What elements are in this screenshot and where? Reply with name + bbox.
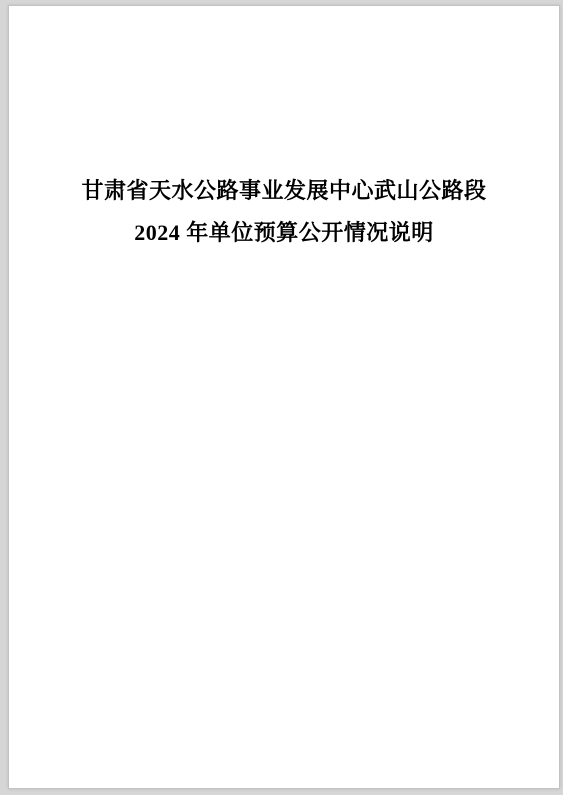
document-title-line-2: 2024 年单位预算公开情况说明 (9, 212, 559, 254)
document-title: 甘肃省天水公路事业发展中心武山公路段 2024 年单位预算公开情况说明 (9, 6, 559, 254)
document-page: 甘肃省天水公路事业发展中心武山公路段 2024 年单位预算公开情况说明 (8, 5, 560, 789)
document-title-line-1: 甘肃省天水公路事业发展中心武山公路段 (9, 170, 559, 212)
document-viewer-canvas: 甘肃省天水公路事业发展中心武山公路段 2024 年单位预算公开情况说明 (0, 0, 563, 795)
